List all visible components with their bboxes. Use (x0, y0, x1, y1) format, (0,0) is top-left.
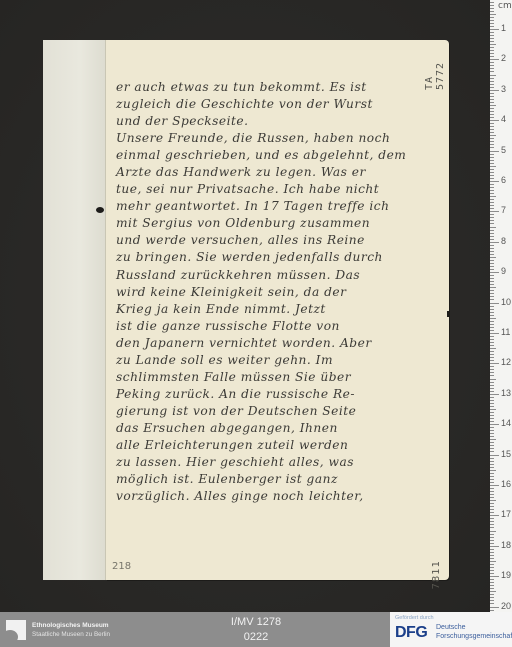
ruler-tick (490, 309, 494, 310)
ruler-tick (490, 503, 494, 504)
ruler-tick (490, 50, 494, 51)
ruler-tick (490, 120, 499, 121)
ruler-tick (490, 220, 494, 221)
ruler-tick (490, 515, 499, 516)
ruler-tick (490, 333, 499, 334)
letter-line: Krieg ja kein Ende nimmt. Jetzt (116, 301, 446, 318)
ruler-tick (490, 543, 494, 544)
folio-number: 0222 (200, 631, 312, 643)
dfg-logo-icon: DFG (395, 624, 427, 642)
ruler-label: 6 (501, 175, 506, 185)
ruler-tick (490, 369, 494, 370)
ruler-tick (490, 445, 494, 446)
ruler-tick (490, 339, 494, 340)
ruler-tick (490, 108, 494, 109)
ruler-tick (490, 68, 494, 69)
ruler-tick (490, 169, 494, 170)
ruler-tick (490, 600, 494, 601)
ruler-tick (490, 278, 494, 279)
ruler-tick (490, 527, 494, 528)
ruler-tick (490, 382, 494, 383)
ink-mark (96, 207, 104, 213)
page-number-left: 218 (112, 561, 131, 572)
ruler-tick (490, 260, 494, 261)
ruler-tick (490, 202, 494, 203)
ruler-tick (490, 318, 496, 319)
ruler-tick (490, 81, 494, 82)
letter-line: vorzüglich. Alles ginge noch leichter, (116, 488, 446, 505)
ruler-tick (490, 476, 494, 477)
ruler-tick (490, 588, 494, 589)
ruler-label: 11 (501, 327, 510, 337)
ruler-tick (490, 479, 494, 480)
letter-line: zu Lande soll es weiter gehn. Im (116, 352, 446, 369)
ruler-tick (490, 205, 494, 206)
ruler-label: 18 (501, 540, 511, 550)
ruler-tick (490, 360, 494, 361)
ruler-tick (490, 406, 494, 407)
ruler-tick (490, 552, 494, 553)
ruler-tick (490, 442, 494, 443)
ruler-tick (490, 245, 494, 246)
dfg-name-line1: Deutsche (436, 624, 466, 631)
ruler-tick (490, 172, 494, 173)
ruler-tick (490, 281, 494, 282)
ruler-tick (490, 549, 494, 550)
ruler-tick (490, 41, 494, 42)
ruler-tick (490, 342, 494, 343)
ruler-tick (490, 87, 494, 88)
ruler-tick (490, 558, 494, 559)
ruler-tick (490, 467, 494, 468)
ruler-tick (490, 579, 494, 580)
ruler-tick (490, 424, 499, 425)
ruler-tick (490, 591, 496, 592)
ruler-tick (490, 71, 494, 72)
ruler-tick (490, 418, 494, 419)
ruler-label: 16 (501, 479, 511, 489)
edge-mark (447, 311, 450, 317)
letter-line: den Japanern vernichtet worden. Aber (116, 335, 446, 352)
ruler-tick (490, 348, 496, 349)
ruler-tick (490, 570, 494, 571)
ruler-tick (490, 263, 494, 264)
ruler-tick (490, 196, 496, 197)
ruler-tick (490, 184, 494, 185)
letter-line: schlimmsten Falle müssen Sie über (116, 369, 446, 386)
ruler-label: 12 (501, 357, 511, 367)
ruler-tick (490, 208, 494, 209)
ruler-tick (490, 56, 494, 57)
ruler-tick (490, 537, 494, 538)
ruler-tick (490, 275, 494, 276)
ruler-tick (490, 154, 494, 155)
ruler-tick (490, 500, 496, 501)
ruler-tick (490, 59, 499, 60)
ruler-tick (490, 126, 494, 127)
letter-line: und der Speckseite. (116, 113, 446, 130)
ruler-tick (490, 233, 494, 234)
ruler-tick (490, 567, 494, 568)
letter-line: er auch etwas zu tun bekommt. Es ist (116, 79, 446, 96)
letter-line: und werde versuchen, alles ins Reine (116, 232, 446, 249)
ruler-tick (490, 394, 499, 395)
museum-name: Ethnologisches Museum (32, 622, 109, 629)
ruler-tick (490, 187, 494, 188)
ruler-tick (490, 217, 494, 218)
letter-line: wird keine Kleinigkeit sein, da der (116, 284, 446, 301)
letter-line: möglich ist. Eulenberger ist ganz (116, 471, 446, 488)
ruler-tick (490, 388, 494, 389)
ruler-label: 7 (501, 205, 506, 215)
ruler-tick (490, 111, 494, 112)
ruler-tick (490, 269, 494, 270)
ruler-tick (490, 436, 494, 437)
ruler-tick (490, 306, 494, 307)
ruler-tick (490, 506, 494, 507)
letter-line: tue, sei nur Privatsache. Ich habe nicht (116, 181, 446, 198)
ruler-tick (490, 430, 494, 431)
ruler-tick (490, 129, 494, 130)
ruler-tick (490, 26, 494, 27)
ruler-tick (490, 23, 494, 24)
ruler-tick (490, 5, 494, 6)
ruler-tick (490, 464, 494, 465)
museum-logo-icon (6, 620, 26, 640)
ruler-tick (490, 178, 494, 179)
ruler-tick (490, 354, 494, 355)
ruler-tick (490, 576, 499, 577)
letter-line: mehr geantwortet. In 17 Tagen treffe ich (116, 198, 446, 215)
ruler-label: 2 (501, 53, 506, 63)
ruler-tick (490, 582, 494, 583)
ruler-label: 19 (501, 570, 511, 580)
ruler-label: 13 (501, 388, 511, 398)
ruler-tick (490, 239, 494, 240)
ruler-tick (490, 357, 494, 358)
ruler-tick (490, 166, 496, 167)
ruler-tick (490, 193, 494, 194)
ruler-tick (490, 163, 494, 164)
ruler-tick (490, 293, 494, 294)
ruler-tick (490, 455, 499, 456)
ruler-tick (490, 11, 494, 12)
ruler-tick (490, 375, 494, 376)
letter-line: gierung ist von der Deutschen Seite (116, 403, 446, 420)
ruler-tick (490, 391, 494, 392)
ruler-tick (490, 597, 494, 598)
ruler-tick (490, 363, 499, 364)
ruler-tick (490, 473, 494, 474)
ruler-label: 15 (501, 449, 511, 459)
letter-line: alle Erleichterungen zuteil werden (116, 437, 446, 454)
ruler-tick (490, 585, 494, 586)
ruler-label: 1 (501, 23, 506, 33)
ruler-tick (490, 509, 494, 510)
ruler-tick (490, 451, 494, 452)
inventory-number: I/MV 1278 (200, 616, 312, 628)
ruler-tick (490, 485, 499, 486)
ruler-tick (490, 607, 499, 608)
ruler-tick (490, 44, 496, 45)
ruler-tick (490, 497, 494, 498)
ruler-tick (490, 518, 494, 519)
ruler-tick (490, 312, 494, 313)
ruler-tick (490, 75, 496, 76)
ruler-tick (490, 117, 494, 118)
ruler-tick (490, 17, 494, 18)
ruler-label: 20 (501, 601, 511, 611)
ruler-tick (490, 257, 496, 258)
ruler-tick (490, 47, 494, 48)
ruler-tick (490, 65, 494, 66)
ruler-tick (490, 2, 494, 3)
ruler-tick (490, 458, 494, 459)
ruler-tick (490, 236, 494, 237)
measurement-ruler: cm 1234567891011121314151617181920 (490, 0, 512, 612)
funded-by-label: Gefördert durch (395, 615, 434, 621)
ruler-tick (490, 427, 494, 428)
ruler-label: 9 (501, 266, 506, 276)
ruler-tick (490, 53, 494, 54)
ruler-tick (490, 32, 494, 33)
ruler-tick (490, 564, 494, 565)
ruler-tick (490, 242, 499, 243)
ruler-tick (490, 448, 494, 449)
ruler-tick (490, 385, 494, 386)
ruler-tick (490, 400, 494, 401)
ruler-tick (490, 102, 494, 103)
letter-line: Peking zurück. An die russische Re- (116, 386, 446, 403)
ruler-tick (490, 248, 494, 249)
ruler-tick (490, 299, 494, 300)
ruler-tick (490, 555, 494, 556)
ruler-label: 8 (501, 236, 506, 246)
ruler-tick (490, 20, 494, 21)
ruler-tick (490, 573, 494, 574)
ruler-tick (490, 603, 494, 604)
ruler-tick (490, 254, 494, 255)
ruler-tick (490, 330, 494, 331)
ruler-tick (490, 324, 494, 325)
ruler-tick (490, 138, 494, 139)
ruler-tick (490, 135, 496, 136)
ruler-tick (490, 29, 499, 30)
dfg-credit: Gefördert durch DFG Deutsche Forschungsg… (390, 612, 512, 647)
ruler-tick (490, 287, 496, 288)
letter-line: das Ersuchen abgegangen, Ihnen (116, 420, 446, 437)
ruler-tick (490, 93, 494, 94)
letter-line: zugleich die Geschichte von der Wurst (116, 96, 446, 113)
letter-line: einmal geschrieben, und es abgelehnt, de… (116, 147, 446, 164)
ruler-tick (490, 157, 494, 158)
letter-line: zu lassen. Hier geschieht alles, was (116, 454, 446, 471)
ruler-tick (490, 35, 494, 36)
ruler-tick (490, 14, 496, 15)
ruler-label: 5 (501, 145, 506, 155)
ruler-tick (490, 62, 494, 63)
footer-bar: Ethnologisches Museum Staatliche Museen … (0, 612, 512, 647)
ruler-tick (490, 175, 494, 176)
ruler-tick (490, 594, 494, 595)
ruler-tick (490, 296, 494, 297)
letter-line: mit Sergius von Oldenburg zusammen (116, 215, 446, 232)
ruler-tick (490, 96, 494, 97)
museum-subtitle: Staatliche Museen zu Berlin (32, 631, 110, 638)
ruler-tick (490, 230, 494, 231)
letter-line: zu bringen. Sie werden jedenfalls durch (116, 249, 446, 266)
ruler-tick (490, 141, 494, 142)
ruler-tick (490, 531, 496, 532)
ruler-tick (490, 321, 494, 322)
ruler-tick (490, 372, 494, 373)
ruler-tick (490, 512, 494, 513)
ruler-label: 3 (501, 84, 506, 94)
ruler-tick (490, 251, 494, 252)
ruler-label: 4 (501, 114, 506, 124)
ruler-tick (490, 409, 496, 410)
ruler-tick (490, 272, 499, 273)
ruler-tick (490, 488, 494, 489)
ruler-tick (490, 266, 494, 267)
ruler-unit-label: cm (498, 1, 512, 11)
ruler-tick (490, 199, 494, 200)
ruler-tick (490, 345, 494, 346)
ruler-tick (490, 38, 494, 39)
ruler-tick (490, 227, 496, 228)
ruler-tick (490, 546, 499, 547)
ruler-tick (490, 610, 494, 611)
ruler-tick (490, 114, 494, 115)
ruler-tick (490, 461, 494, 462)
folded-paper-strip (43, 40, 106, 580)
ruler-label: 17 (501, 509, 511, 519)
ruler-tick (490, 223, 494, 224)
letter-line: ist die ganze russische Flotte von (116, 318, 446, 335)
handwritten-letter-text: er auch etwas zu tun bekommt. Es istzugl… (116, 79, 446, 505)
ruler-tick (490, 421, 494, 422)
ruler-tick (490, 214, 494, 215)
ruler-tick (490, 78, 494, 79)
ruler-tick (490, 290, 494, 291)
ruler-tick (490, 315, 494, 316)
dfg-name-line2: Forschungsgemeinschaft (436, 633, 512, 640)
ruler-tick (490, 403, 494, 404)
ruler-tick (490, 99, 494, 100)
ruler-tick (490, 147, 494, 148)
ruler-tick (490, 366, 494, 367)
ruler-tick (490, 433, 494, 434)
ruler-tick (490, 491, 494, 492)
ruler-tick (490, 524, 494, 525)
ruler-tick (490, 211, 499, 212)
ruler-tick (490, 160, 494, 161)
ruler-tick (490, 540, 494, 541)
letter-line: Unsere Freunde, die Russen, haben noch (116, 130, 446, 147)
page-number-right: 7811 (431, 560, 442, 589)
ruler-tick (490, 415, 494, 416)
ruler-tick (490, 470, 496, 471)
ruler-tick (490, 336, 494, 337)
ruler-tick (490, 190, 494, 191)
ruler-tick (490, 534, 494, 535)
ruler-label: 10 (501, 297, 511, 307)
ruler-tick (490, 90, 499, 91)
ruler-tick (490, 412, 494, 413)
ruler-tick (490, 181, 499, 182)
letter-line: Arzte das Handwerk zu legen. Was er (116, 164, 446, 181)
ruler-tick (490, 8, 494, 9)
ruler-tick (490, 132, 494, 133)
ruler-tick (490, 439, 496, 440)
ruler-tick (490, 284, 494, 285)
ruler-tick (490, 494, 494, 495)
ruler-tick (490, 397, 494, 398)
ruler-tick (490, 379, 496, 380)
ruler-tick (490, 351, 494, 352)
ruler-tick (490, 561, 496, 562)
ruler-tick (490, 84, 494, 85)
ruler-tick (490, 144, 494, 145)
ruler-tick (490, 123, 494, 124)
ruler-tick (490, 303, 499, 304)
ruler-tick (490, 151, 499, 152)
ruler-tick (490, 521, 494, 522)
ruler-tick (490, 327, 494, 328)
ruler-label: 14 (501, 418, 511, 428)
ruler-tick (490, 105, 496, 106)
letter-line: Russland zurückkehren müssen. Das (116, 267, 446, 284)
ruler-tick (490, 482, 494, 483)
